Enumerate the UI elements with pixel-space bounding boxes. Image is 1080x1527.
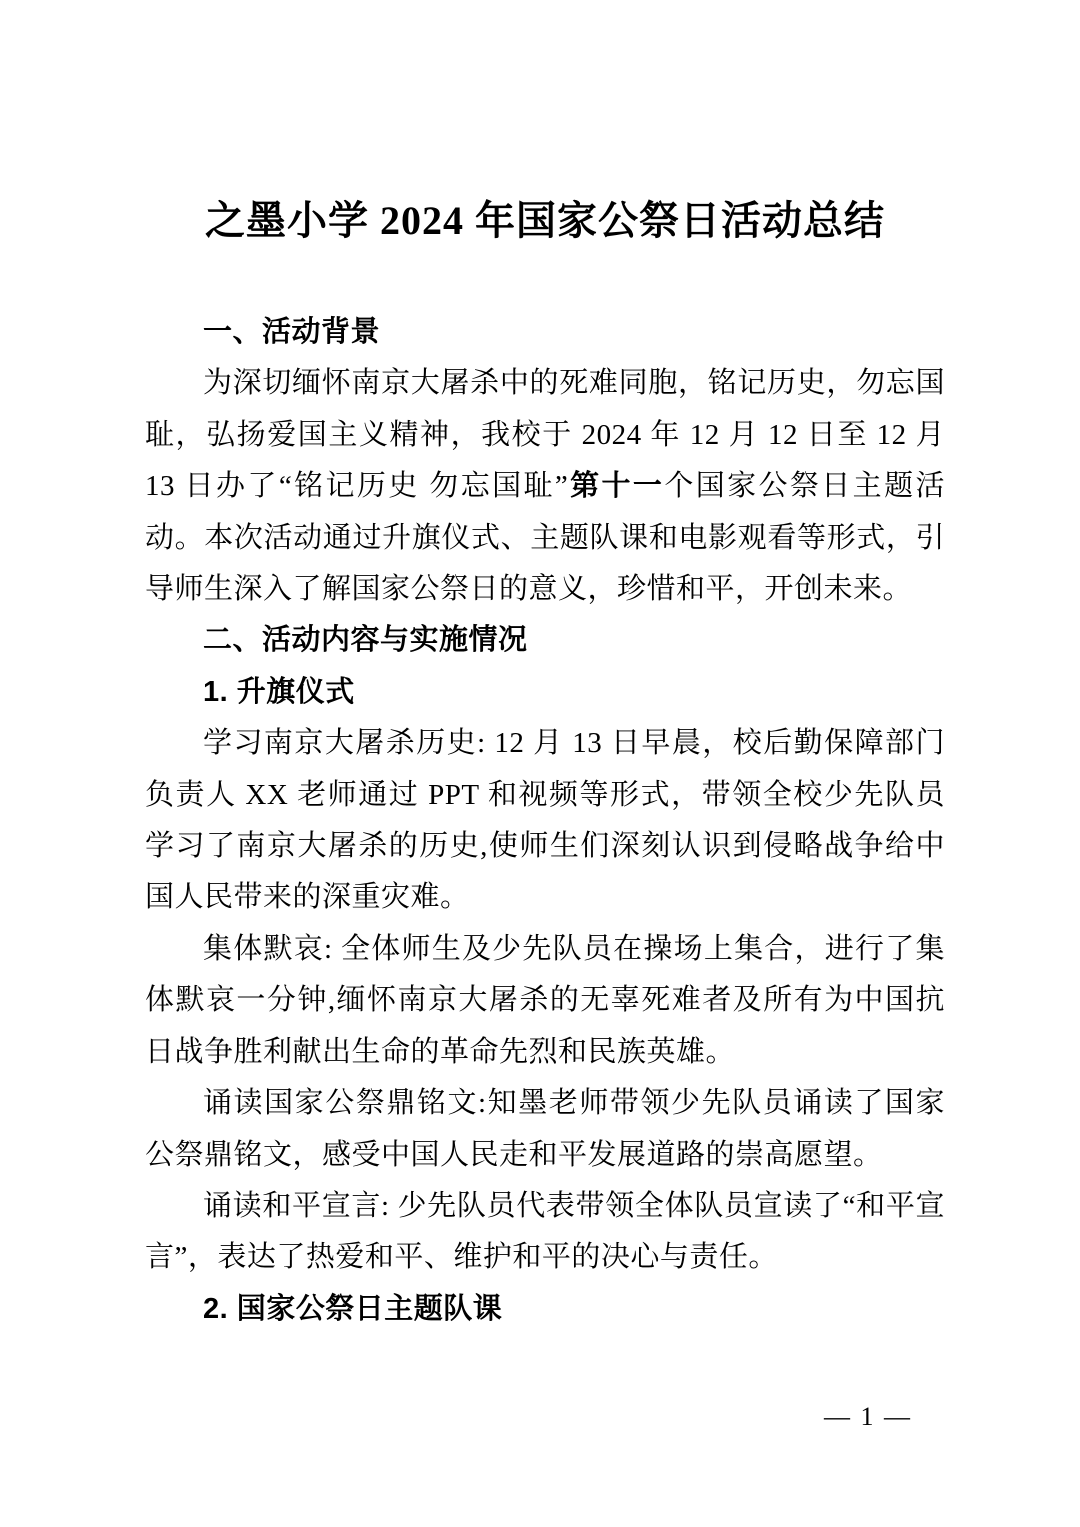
section-1-paragraph: 为深切缅怀南京大屠杀中的死难同胞，铭记历史，勿忘国耻，弘扬爱国主义精神，我校于 … — [145, 358, 945, 615]
page-number: — 1 — — [824, 1402, 912, 1432]
paragraph-flag-history: 学习南京大屠杀历史: 12 月 13 日早晨，校后勤保障部门负责人 XX 老师通… — [145, 718, 945, 924]
document-title: 之墨小学 2024 年国家公祭日活动总结 — [145, 197, 945, 245]
paragraph-peace-declaration: 诵读和平宣言: 少先队员代表带领全体队员宣读了“和平宣言”，表达了热爱和平、维护… — [145, 1181, 945, 1284]
section-2-heading: 二、活动内容与实施情况 — [145, 615, 945, 666]
document-page: 之墨小学 2024 年国家公祭日活动总结 一、活动背景 为深切缅怀南京大屠杀中的… — [0, 0, 1080, 1527]
paragraph-bold-run: 第十一 — [568, 470, 664, 502]
paragraph-silence: 集体默哀: 全体师生及少先队员在操场上集合，进行了集体默哀一分钟,缅怀南京大屠杀… — [145, 924, 945, 1078]
subsection-1-heading: 1. 升旗仪式 — [145, 667, 945, 718]
section-1-heading: 一、活动背景 — [145, 307, 945, 358]
paragraph-inscription: 诵读国家公祭鼎铭文:知墨老师带领少先队员诵读了国家公祭鼎铭文，感受中国人民走和平… — [145, 1078, 945, 1181]
document-body: 一、活动背景 为深切缅怀南京大屠杀中的死难同胞，铭记历史，勿忘国耻，弘扬爱国主义… — [145, 307, 945, 1335]
subsection-2-heading: 2. 国家公祭日主题队课 — [145, 1284, 945, 1335]
